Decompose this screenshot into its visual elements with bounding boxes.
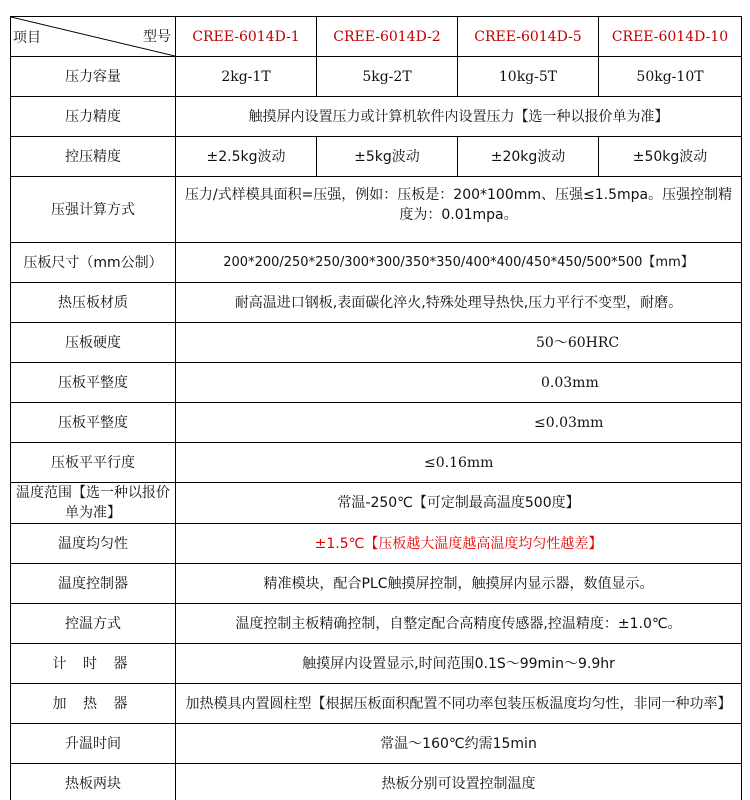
table-row: 压板平平行度 ≤0.16mm bbox=[11, 443, 742, 483]
table-row: 温度控制器 精准模块，配合PLC触摸屏控制，触摸屏内显示器，数值显示。 bbox=[11, 564, 742, 604]
row-value: 加热模具内置圆柱型【根据压板面积配置不同功率包装压板温度均匀性，非同一种功率】 bbox=[176, 684, 742, 724]
table-row: 加 热 器 加热模具内置圆柱型【根据压板面积配置不同功率包装压板温度均匀性，非同… bbox=[11, 684, 742, 724]
row-value: ±5kg波动 bbox=[317, 137, 458, 177]
table-row: 热板两块 热板分别可设置控制温度 bbox=[11, 764, 742, 800]
row-value: ±1.5℃【压板越大温度越高温度均匀性越差】 bbox=[176, 524, 742, 564]
model-name: CREE-6014D-1 bbox=[176, 17, 317, 57]
row-label: 控温方式 bbox=[11, 604, 176, 644]
table-row: 压板平整度 ≤0.03mm bbox=[11, 403, 742, 443]
row-label: 压板平整度 bbox=[11, 363, 176, 403]
row-value: 50～60HRC bbox=[176, 323, 742, 363]
table-row: 压板平整度 0.03mm bbox=[11, 363, 742, 403]
table-row: 控压精度 ±2.5kg波动 ±5kg波动 ±20kg波动 ±50kg波动 bbox=[11, 137, 742, 177]
row-value: 常温～160℃约需15min bbox=[176, 724, 742, 764]
table-row: 热压板材质 耐高温进口钢板,表面碳化淬火,特殊处理导热快,压力平行不变型，耐磨。 bbox=[11, 283, 742, 323]
spec-table: 项目 型号 CREE-6014D-1 CREE-6014D-2 CREE-601… bbox=[10, 16, 742, 800]
row-value: 耐高温进口钢板,表面碳化淬火,特殊处理导热快,压力平行不变型，耐磨。 bbox=[176, 283, 742, 323]
row-label: 加 热 器 bbox=[11, 684, 176, 724]
row-label: 压板平平行度 bbox=[11, 443, 176, 483]
row-value: 10kg-5T bbox=[458, 57, 599, 97]
row-label: 温度控制器 bbox=[11, 564, 176, 604]
table-row: 计 时 器 触摸屏内设置显示,时间范围0.1S～99min～9.9hr bbox=[11, 644, 742, 684]
row-value: ≤0.03mm bbox=[176, 403, 742, 443]
header-row: 项目 型号 CREE-6014D-1 CREE-6014D-2 CREE-601… bbox=[11, 17, 742, 57]
row-value: 2kg-1T bbox=[176, 57, 317, 97]
table-row: 控温方式 温度控制主板精确控制，自整定配合高精度传感器,控温精度：±1.0℃。 bbox=[11, 604, 742, 644]
model-header-label: 型号 bbox=[143, 27, 171, 47]
row-label: 热板两块 bbox=[11, 764, 176, 800]
table-row: 压强计算方式 压力/式样模具面积=压强，例如：压板是：200*100mm、压强≤… bbox=[11, 177, 742, 243]
row-value: 常温-250℃【可定制最高温度500度】 bbox=[176, 483, 742, 524]
table-row: 压力精度 触摸屏内设置压力或计算机软件内设置压力【选一种以报价单为准】 bbox=[11, 97, 742, 137]
row-label: 计 时 器 bbox=[11, 644, 176, 684]
row-value: 触摸屏内设置显示,时间范围0.1S～99min～9.9hr bbox=[176, 644, 742, 684]
row-label: 温度均匀性 bbox=[11, 524, 176, 564]
row-label: 压强计算方式 bbox=[11, 177, 176, 243]
row-value: ±20kg波动 bbox=[458, 137, 599, 177]
table-row: 压板尺寸（mm公制） 200*200/250*250/300*300/350*3… bbox=[11, 243, 742, 283]
model-name: CREE-6014D-10 bbox=[599, 17, 742, 57]
row-value: 热板分别可设置控制温度 bbox=[176, 764, 742, 800]
row-label: 控压精度 bbox=[11, 137, 176, 177]
item-header-label: 项目 bbox=[13, 28, 41, 48]
row-label: 压板平整度 bbox=[11, 403, 176, 443]
model-name: CREE-6014D-5 bbox=[458, 17, 599, 57]
row-value: 200*200/250*250/300*300/350*350/400*400/… bbox=[176, 243, 742, 283]
row-value: ±50kg波动 bbox=[599, 137, 742, 177]
row-value: ≤0.16mm bbox=[176, 443, 742, 483]
row-label: 压力精度 bbox=[11, 97, 176, 137]
row-label: 压板硬度 bbox=[11, 323, 176, 363]
row-value: 温度控制主板精确控制，自整定配合高精度传感器,控温精度：±1.0℃。 bbox=[176, 604, 742, 644]
table-row: 升温时间 常温～160℃约需15min bbox=[11, 724, 742, 764]
row-value: ±2.5kg波动 bbox=[176, 137, 317, 177]
row-value: 50kg-10T bbox=[599, 57, 742, 97]
row-value: 触摸屏内设置压力或计算机软件内设置压力【选一种以报价单为准】 bbox=[176, 97, 742, 137]
row-value: 精准模块，配合PLC触摸屏控制，触摸屏内显示器，数值显示。 bbox=[176, 564, 742, 604]
row-value: 5kg-2T bbox=[317, 57, 458, 97]
table-row: 温度均匀性 ±1.5℃【压板越大温度越高温度均匀性越差】 bbox=[11, 524, 742, 564]
row-value: 0.03mm bbox=[176, 363, 742, 403]
row-label: 温度范围【选一种以报价单为准】 bbox=[11, 483, 176, 524]
table-row: 温度范围【选一种以报价单为准】 常温-250℃【可定制最高温度500度】 bbox=[11, 483, 742, 524]
row-label: 压板尺寸（mm公制） bbox=[11, 243, 176, 283]
row-value: 压力/式样模具面积=压强，例如：压板是：200*100mm、压强≤1.5mpa。… bbox=[176, 177, 742, 243]
table-row: 压力容量 2kg-1T 5kg-2T 10kg-5T 50kg-10T bbox=[11, 57, 742, 97]
diagonal-header-cell: 项目 型号 bbox=[11, 17, 176, 57]
row-label: 升温时间 bbox=[11, 724, 176, 764]
row-label: 热压板材质 bbox=[11, 283, 176, 323]
model-name: CREE-6014D-2 bbox=[317, 17, 458, 57]
row-label: 压力容量 bbox=[11, 57, 176, 97]
table-row: 压板硬度 50～60HRC bbox=[11, 323, 742, 363]
